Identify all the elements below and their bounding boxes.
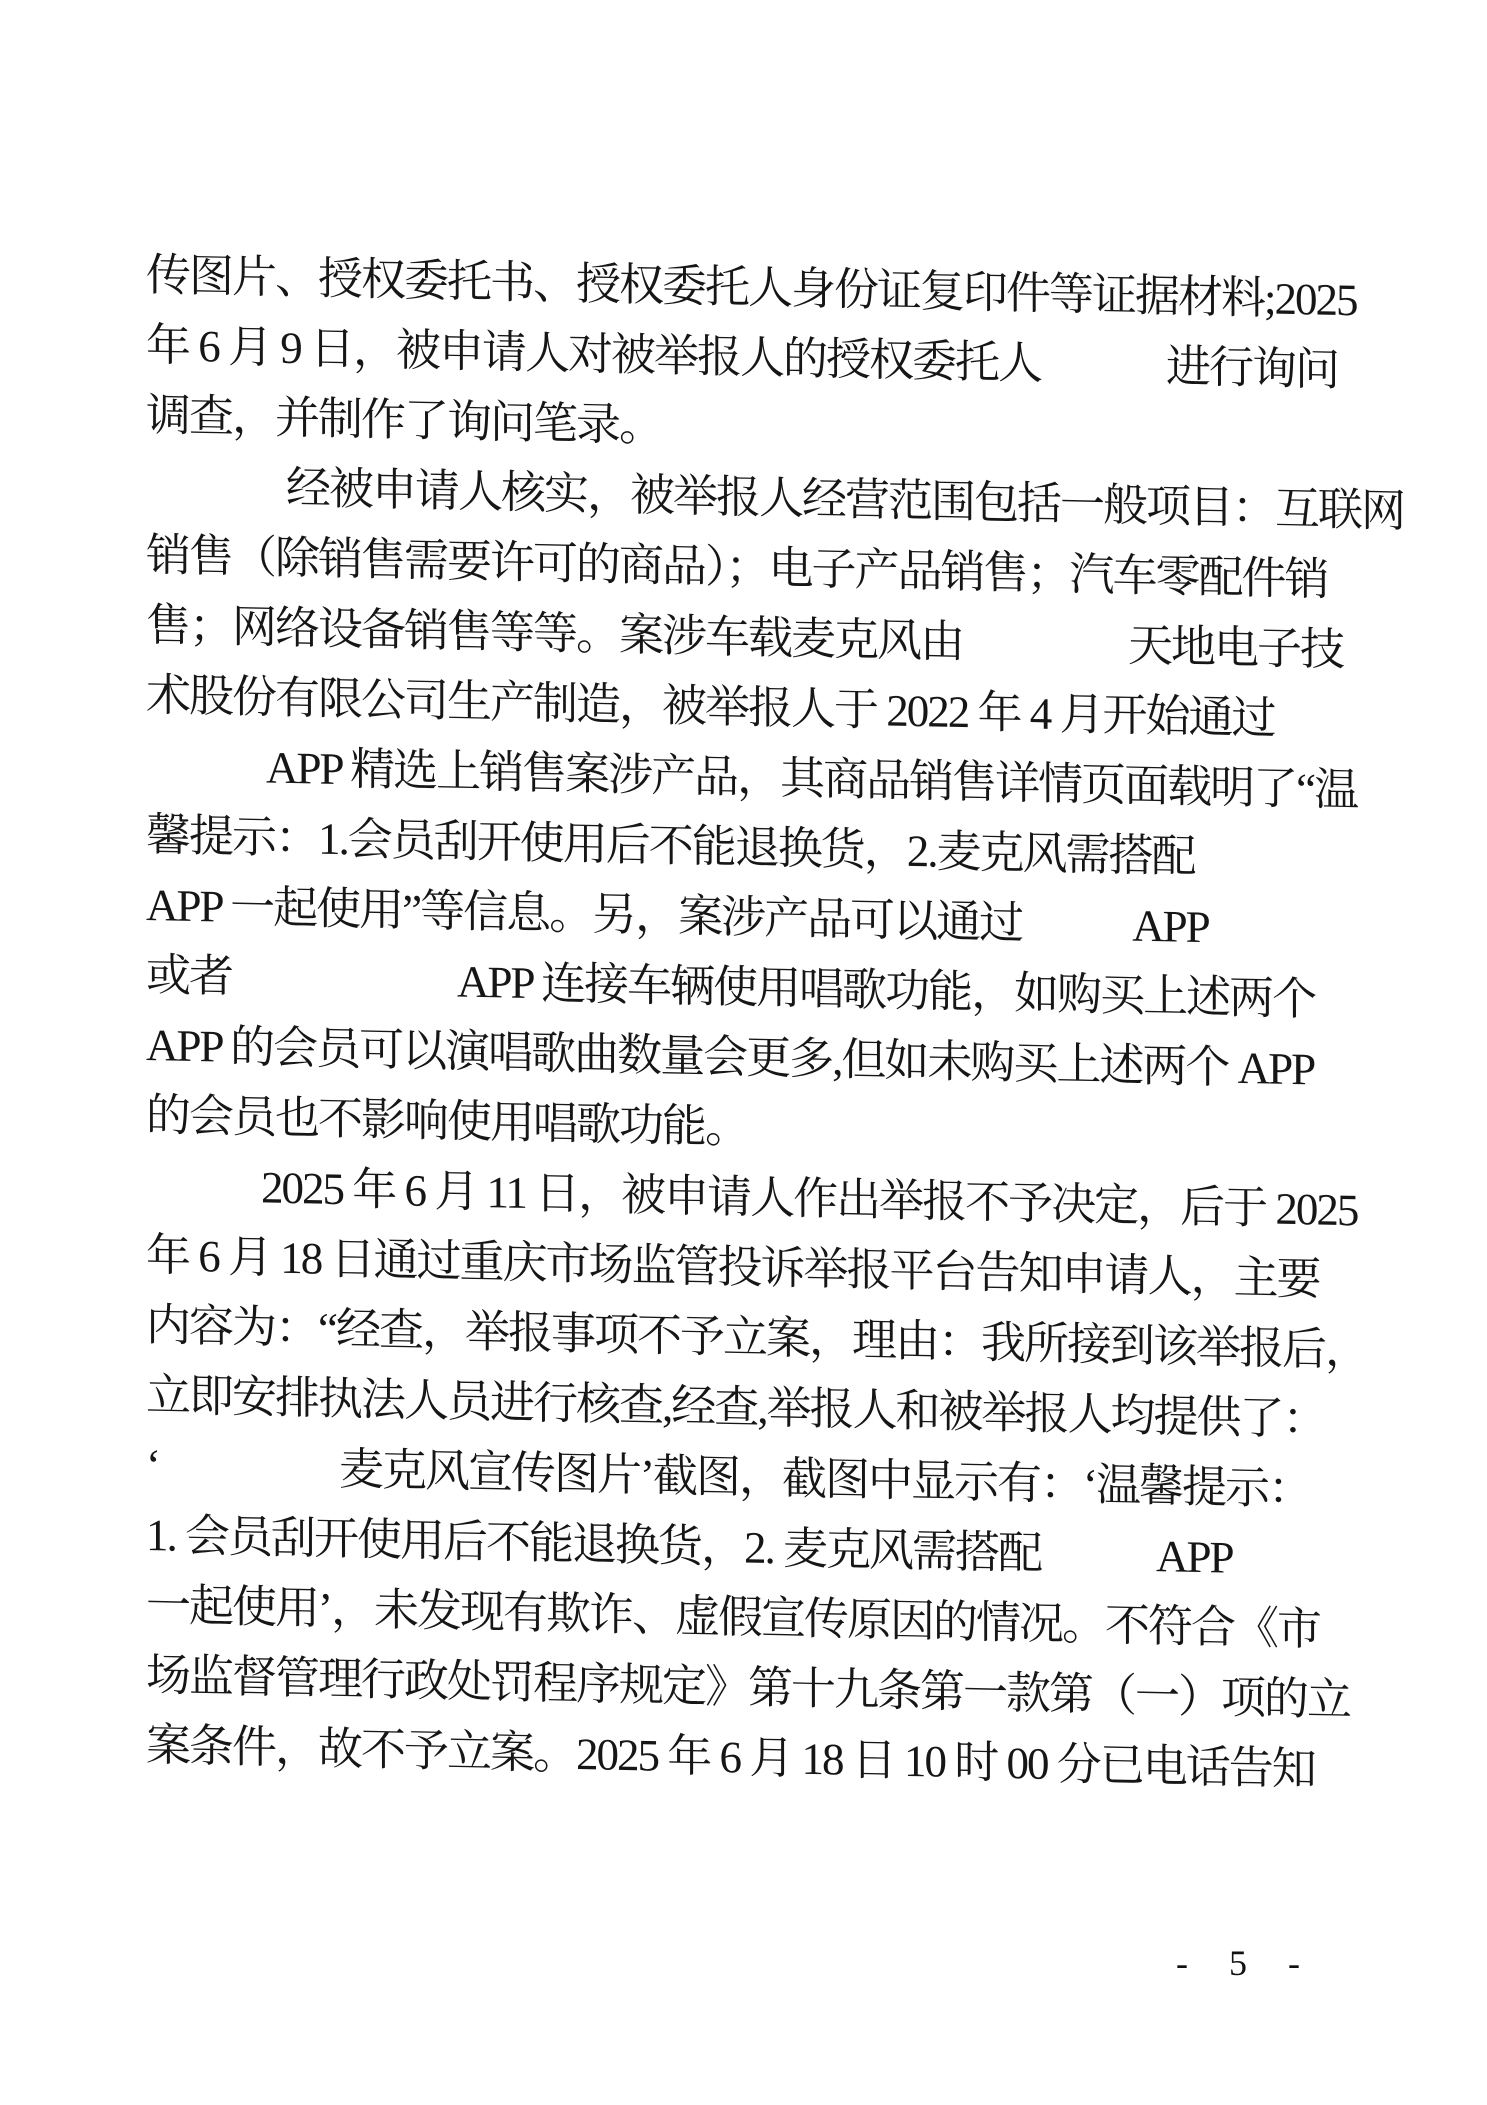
redacted-gap <box>1022 937 1132 940</box>
line-text: 年 6 月 9 日，被申请人对被举报人的授权委托人 <box>146 320 1041 389</box>
line-text: APP 一起使用”等信息。另，案涉产品可以通过 <box>146 880 1022 948</box>
redacted-gap <box>1041 378 1166 382</box>
line-text: 进行询问 <box>1166 341 1338 395</box>
line-text: 经被申请人核实，被举报人经营范围包括一般项目：互联网 <box>286 463 1404 536</box>
line-text: 馨提示：1.会员刮开使用后不能退换货，2.麦克风需搭配 <box>146 810 1195 882</box>
line-text: ‘ <box>146 1440 159 1490</box>
line-text: 调查，并制作了询问笔录。 <box>146 390 662 451</box>
document-body-text: 传图片、授权委托书、授权委托人身份证复印件等证据材料;2025 年 6 月 9 … <box>146 240 1361 1805</box>
redacted-gap <box>1041 1568 1156 1571</box>
redacted-gap <box>159 1479 339 1484</box>
redacted-gap <box>232 991 457 997</box>
line-text: APP 连接车辆使用唱歌功能，如购买上述两个 <box>457 957 1315 1025</box>
redacted-gap <box>146 779 266 783</box>
line-text: APP <box>1132 901 1209 953</box>
line-text: 售；网络设备销售等等。案涉车载麦克风由 <box>146 600 963 667</box>
line-text: 或者 <box>146 950 232 1002</box>
line-text: 的会员也不影响使用唱歌功能。 <box>146 1090 748 1153</box>
line-text: APP <box>1156 1531 1233 1583</box>
line-text: 天地电子技 <box>1128 621 1343 676</box>
line-text: 1. 会员刮开使用后不能退换货，2. 麦克风需搭配 <box>146 1510 1041 1579</box>
redacted-gap <box>963 656 1128 660</box>
page-number: - 5 - <box>1176 1942 1316 1984</box>
line-text: 麦克风宣传图片’截图，截图中显示有：‘温馨提示： <box>339 1444 1311 1514</box>
line-text: 2025 年 6 月 11 日，被申请人作出举报不予决定，后于 2025 <box>261 1162 1357 1235</box>
line-text: 案条件，故不予立案。2025 年 6 月 18 日 10 时 00 分已电话告知 <box>146 1720 1315 1794</box>
line-text: APP 精选上销售案涉产品，其商品销售详情页面载明了“温 <box>266 743 1357 816</box>
scanned-document-page: { "document": { "lines": [ { "s1": "传图片、… <box>0 0 1487 2105</box>
